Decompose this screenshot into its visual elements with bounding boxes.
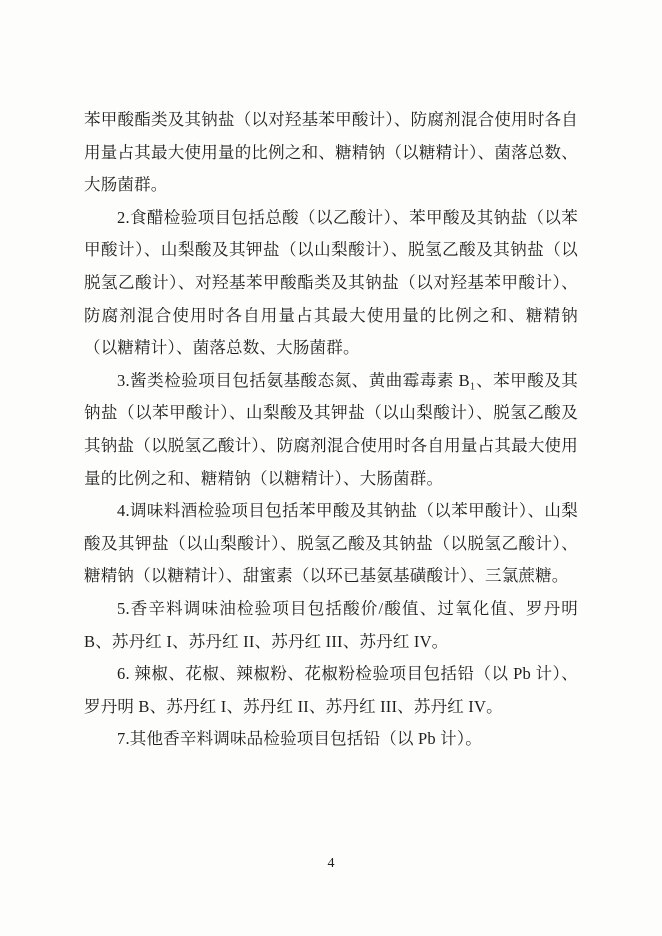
page-number: 4 [0, 856, 662, 872]
document-text-block: 苯甲酸酯类及其钠盐（以对羟基苯甲酸计）、防腐剂混合使用时各自用量占其最大使用量的… [84, 104, 578, 756]
paragraph-continuation: 苯甲酸酯类及其钠盐（以对羟基苯甲酸计）、防腐剂混合使用时各自用量占其最大使用量的… [84, 104, 578, 202]
paragraph-item-2-vinegar: 2.食醋检验项目包括总酸（以乙酸计）、苯甲酸及其钠盐（以苯甲酸计）、山梨酸及其钾… [84, 202, 578, 365]
paragraph-item-5-spice-oil: 5.香辛料调味油检验项目包括酸价/酸值、过氧化值、罗丹明 B、苏丹红 I、苏丹红… [84, 593, 578, 658]
paragraph-item-4-cooking-wine: 4.调味料酒检验项目包括苯甲酸及其钠盐（以苯甲酸计）、山梨酸及其钾盐（以山梨酸计… [84, 495, 578, 593]
paragraph-item-7-other-spices: 7.其他香辛料调味品检验项目包括铅（以 Pb 计）。 [84, 723, 578, 756]
document-page: 苯甲酸酯类及其钠盐（以对羟基苯甲酸计）、防腐剂混合使用时各自用量占其最大使用量的… [0, 0, 662, 936]
paragraph-item-3-sauce: 3.酱类检验项目包括氨基酸态氮、黄曲霉毒素 B₁、苯甲酸及其钠盐（以苯甲酸计）、… [84, 365, 578, 495]
paragraph-item-6-pepper: 6. 辣椒、花椒、辣椒粉、花椒粉检验项目包括铅（以 Pb 计）、罗丹明 B、苏丹… [84, 658, 578, 723]
